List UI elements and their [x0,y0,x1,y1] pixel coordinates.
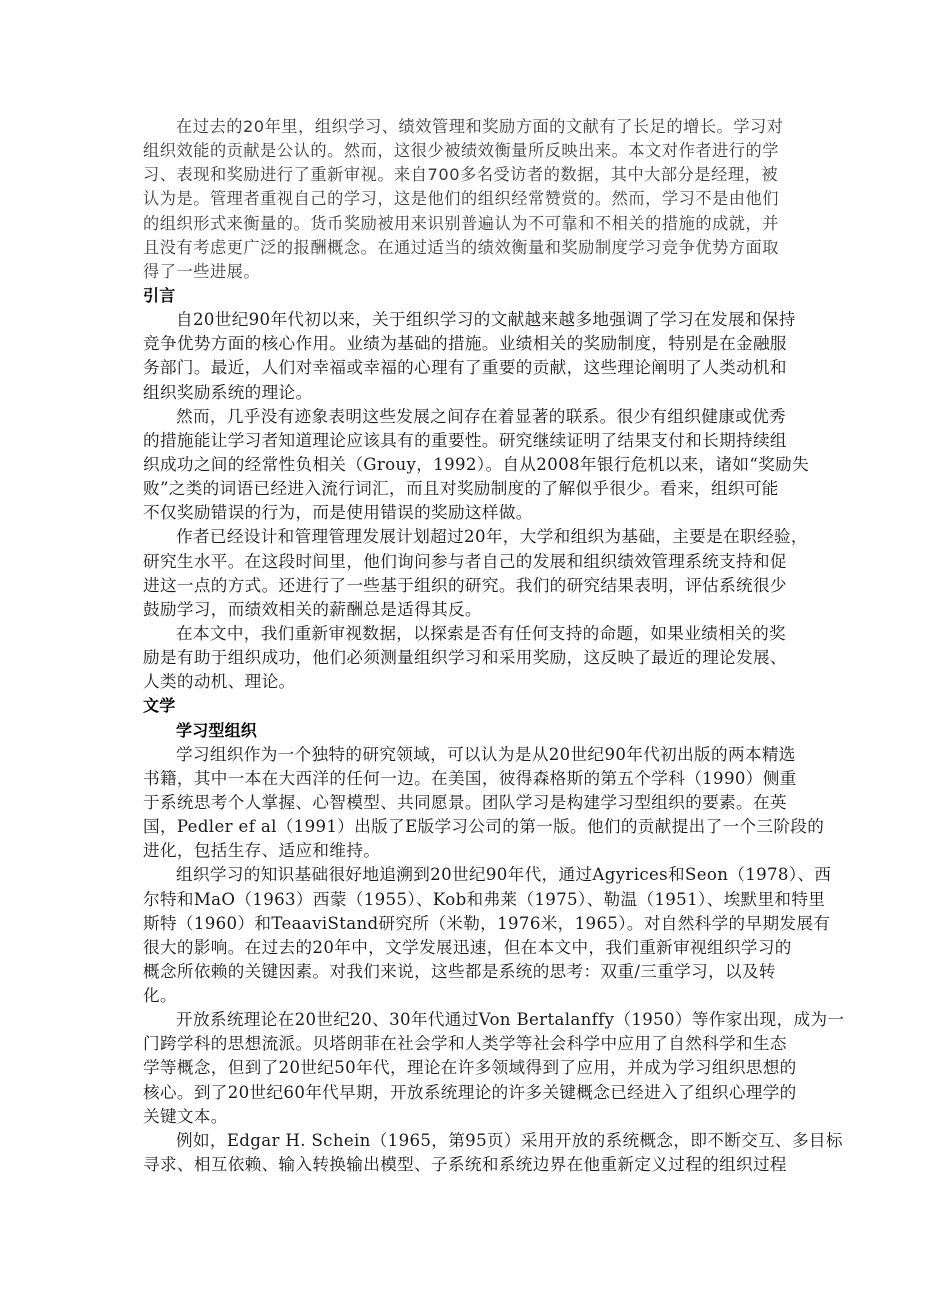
text-line: 败”之类的词语已经进入流行词汇，而且对奖励制度的了解似乎很少。看来，组织可能 [143,477,793,501]
text-line: 进化，包括生存、适应和维持。 [143,839,793,863]
text-line: 自20世纪90年代初以来，关于组织学习的文献越来越多地强调了学习在发展和保持 [143,308,793,332]
paragraph: 学习组织作为一个独特的研究领域，可以认为是从20世纪90年代初出版的两本精选 书… [143,743,793,864]
paragraph: 作者已经设计和管理管理发展计划超过20年，大学和组织为基础，主要是在职经验， 研… [143,525,793,622]
text-line: 且没有考虑更广泛的报酬概念。在通过适当的绩效衡量和奖励制度学习竞争优势方面取 [143,236,793,260]
text-line: 寻求、相互依赖、输入转换输出模型、子系统和系统边界在他重新定义过程的组织过程 [143,1153,793,1177]
text-line: 例如，Edgar H. Schein（1965，第95页）采用开放的系统概念，即… [143,1129,793,1153]
text-line: 鼓励学习，而绩效相关的薪酬总是适得其反。 [143,598,793,622]
text-line: 化。 [143,984,793,1008]
text-line: 国，Pedler ef al（1991）出版了E版学习公司的第一版。他们的贡献提… [143,815,793,839]
text-line: 不仅奖励错误的行为，而是使用错误的奖励这样做。 [143,501,793,525]
paragraph: 自20世纪90年代初以来，关于组织学习的文献越来越多地强调了学习在发展和保持 竞… [143,308,793,405]
text-line: 竞争优势方面的核心作用。业绩为基础的措施。业绩相关的奖励制度，特别是在金融服 [143,332,793,356]
text-line: 斯特（1960）和TeaaviStand研究所（米勒，1976米，1965）。对… [143,912,793,936]
text-line: 关键文本。 [143,1105,793,1129]
section-heading-introduction: 引言 [143,284,793,308]
text-line: 学等概念，但到了20世纪50年代，理论在许多领域得到了应用，并成为学习组织思想的 [143,1056,793,1080]
text-line: 组织效能的贡献是公认的。然而，这很少被绩效衡量所反映出来。本文对作者进行的学 [143,139,793,163]
text-line: 在本文中，我们重新审视数据，以探索是否有任何支持的命题，如果业绩相关的奖 [143,622,793,646]
paragraph: 组织学习的知识基础很好地追溯到20世纪90年代，通过Agyrices和Seon（… [143,863,793,1008]
text-line: 然而，几乎没有迹象表明这些发展之间存在着显著的联系。很少有组织健康或优秀 [143,405,793,429]
subsection-heading-learning-organization: 学习型组织 [143,719,793,743]
text-line: 概念所依赖的关键因素。对我们来说，这些都是系统的思考：双重/三重学习，以及转 [143,960,793,984]
text-line: 开放系统理论在20世纪20、30年代通过Von Bertalanffy（1950… [143,1008,793,1032]
section-heading-literature: 文学 [143,694,793,718]
text-line: 励是有助于组织成功，他们必须测量组织学习和采用奖励，这反映了最近的理论发展、 [143,646,793,670]
paragraph: 在本文中，我们重新审视数据，以探索是否有任何支持的命题，如果业绩相关的奖 励是有… [143,622,793,694]
text-line: 书籍，其中一本在大西洋的任何一边。在美国，彼得森格斯的第五个学科（1990）侧重 [143,767,793,791]
text-line: 学习组织作为一个独特的研究领域，可以认为是从20世纪90年代初出版的两本精选 [143,743,793,767]
text-line: 在过去的20年里，组织学习、绩效管理和奖励方面的文献有了长足的增长。学习对 [143,115,793,139]
text-line: 很大的影响。在过去的20年中，文学发展迅速，但在本文中，我们重新审视组织学习的 [143,936,793,960]
abstract-paragraph: 在过去的20年里，组织学习、绩效管理和奖励方面的文献有了长足的增长。学习对 组织… [143,115,793,284]
text-line: 的措施能让学习者知道理论应该具有的重要性。研究继续证明了结果支付和长期持续组 [143,429,793,453]
text-line: 认为是。管理者重视自己的学习，这是他们的组织经常赞赏的。然而，学习不是由他们 [143,187,793,211]
text-line: 研究生水平。在这段时间里，他们询问参与者自己的发展和组织绩效管理系统支持和促 [143,550,793,574]
text-line: 尔特和MaO（1963）西蒙（1955）、Kob和弗莱（1975）、勒温（195… [143,888,793,912]
text-line: 门跨学科的思想流派。贝塔朗菲在社会学和人类学等社会科学中应用了自然科学和生态 [143,1032,793,1056]
paragraph: 例如，Edgar H. Schein（1965，第95页）采用开放的系统概念，即… [143,1129,793,1177]
text-line: 于系统思考个人掌握、心智模型、共同愿景。团队学习是构建学习型组织的要素。在英 [143,791,793,815]
text-line: 务部门。最近，人们对幸福或幸福的心理有了重要的贡献，这些理论阐明了人类动机和 [143,356,793,380]
text-line: 作者已经设计和管理管理发展计划超过20年，大学和组织为基础，主要是在职经验， [143,525,793,549]
document-page: 在过去的20年里，组织学习、绩效管理和奖励方面的文献有了长足的增长。学习对 组织… [143,115,793,1177]
text-line: 组织学习的知识基础很好地追溯到20世纪90年代，通过Agyrices和Seon（… [143,863,793,887]
text-line: 进这一点的方式。还进行了一些基于组织的研究。我们的研究结果表明，评估系统很少 [143,574,793,598]
paragraph: 然而，几乎没有迹象表明这些发展之间存在着显著的联系。很少有组织健康或优秀 的措施… [143,405,793,526]
text-line: 的组织形式来衡量的。货币奖励被用来识别普遍认为不可靠和不相关的措施的成就，并 [143,212,793,236]
text-line: 核心。到了20世纪60年代早期，开放系统理论的许多关键概念已经进入了组织心理学的 [143,1081,793,1105]
text-line: 人类的动机、理论。 [143,670,793,694]
text-line: 织成功之间的经常性负相关（Grouy，1992）。自从2008年银行危机以来，诸… [143,453,793,477]
paragraph: 开放系统理论在20世纪20、30年代通过Von Bertalanffy（1950… [143,1008,793,1129]
text-line: 得了一些进展。 [143,260,793,284]
text-line: 组织奖励系统的理论。 [143,381,793,405]
text-line: 习、表现和奖励进行了重新审视。来自700多名受访者的数据，其中大部分是经理，被 [143,163,793,187]
